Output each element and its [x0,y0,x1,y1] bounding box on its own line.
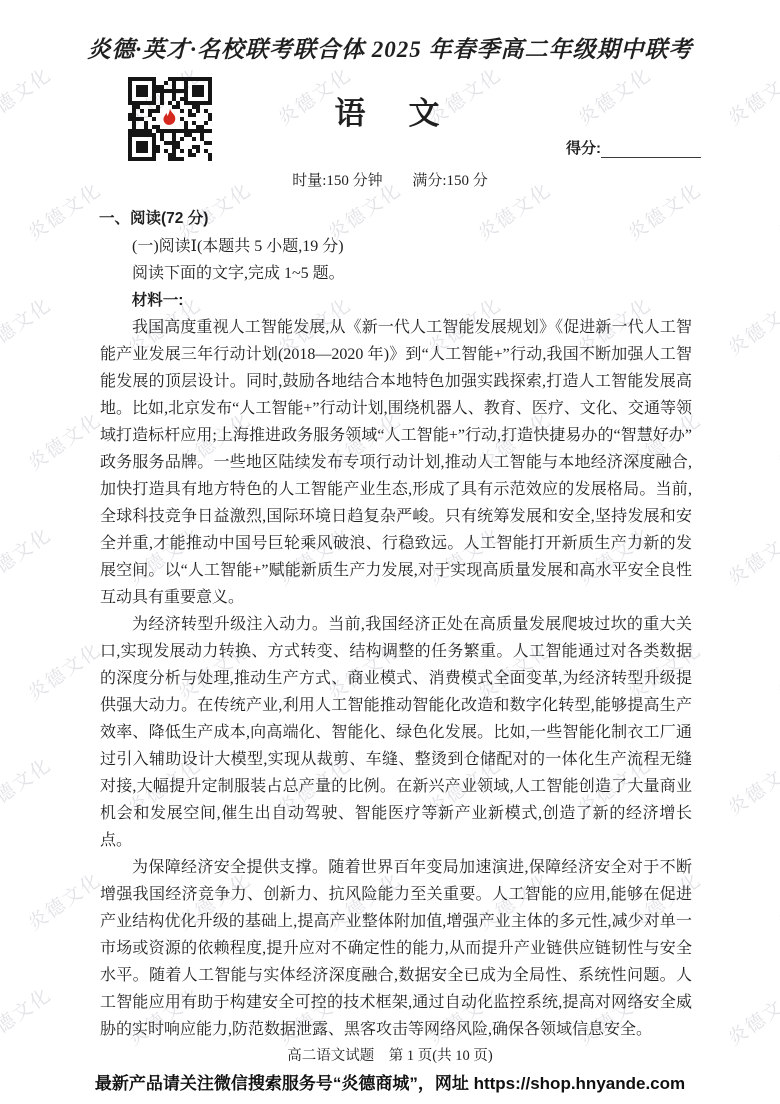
exam-meta-row: 时量:150 分钟 满分:150 分 [0,169,780,190]
subject-title: 语 文 [0,88,780,133]
exam-paper-page: 炎德文化炎德文化炎德文化炎德文化炎德文化炎德文化炎德文化炎德文化炎德文化炎德文化… [0,0,780,1104]
reading-text-block: (一)阅读Ⅰ(本题共 5 小题,19 分) 阅读下面的文字,完成 1~5 题。 … [100,233,692,1046]
score-row: 得分: [566,137,701,158]
time-limit: 时量:150 分钟 [292,173,382,189]
reading-instruction: 阅读下面的文字,完成 1~5 题。 [100,260,692,287]
exam-title: 炎德·英才·名校联考联合体 2025 年春季高二年级期中联考 [0,31,780,64]
score-label: 得分: [566,140,601,157]
score-blank-line [601,142,701,158]
material-paragraph: 为经济转型升级注入动力。当前,我国经济正处在高质量发展爬坡过坎的重大关口,实现发… [100,611,692,854]
section-heading: 一、阅读(72 分) [99,206,208,228]
page-footer: 高二语文试题 第 1 页(共 10 页) [0,1044,780,1065]
subsection-heading: (一)阅读Ⅰ(本题共 5 小题,19 分) [100,233,692,260]
material-paragraph: 我国高度重视人工智能发展,从《新一代人工智能发展规划》《促进新一代人工智能产业发… [100,314,692,611]
promo-line: 最新产品请关注微信搜索服务号“炎德商城”，网址 https://shop.hny… [0,1069,780,1094]
material-label: 材料一: [100,287,692,314]
full-score: 满分:150 分 [412,173,487,189]
material-paragraph: 为保障经济安全提供支撑。随着世界百年变局加速演进,保障经济安全对于不断增强我国经… [100,854,692,1043]
